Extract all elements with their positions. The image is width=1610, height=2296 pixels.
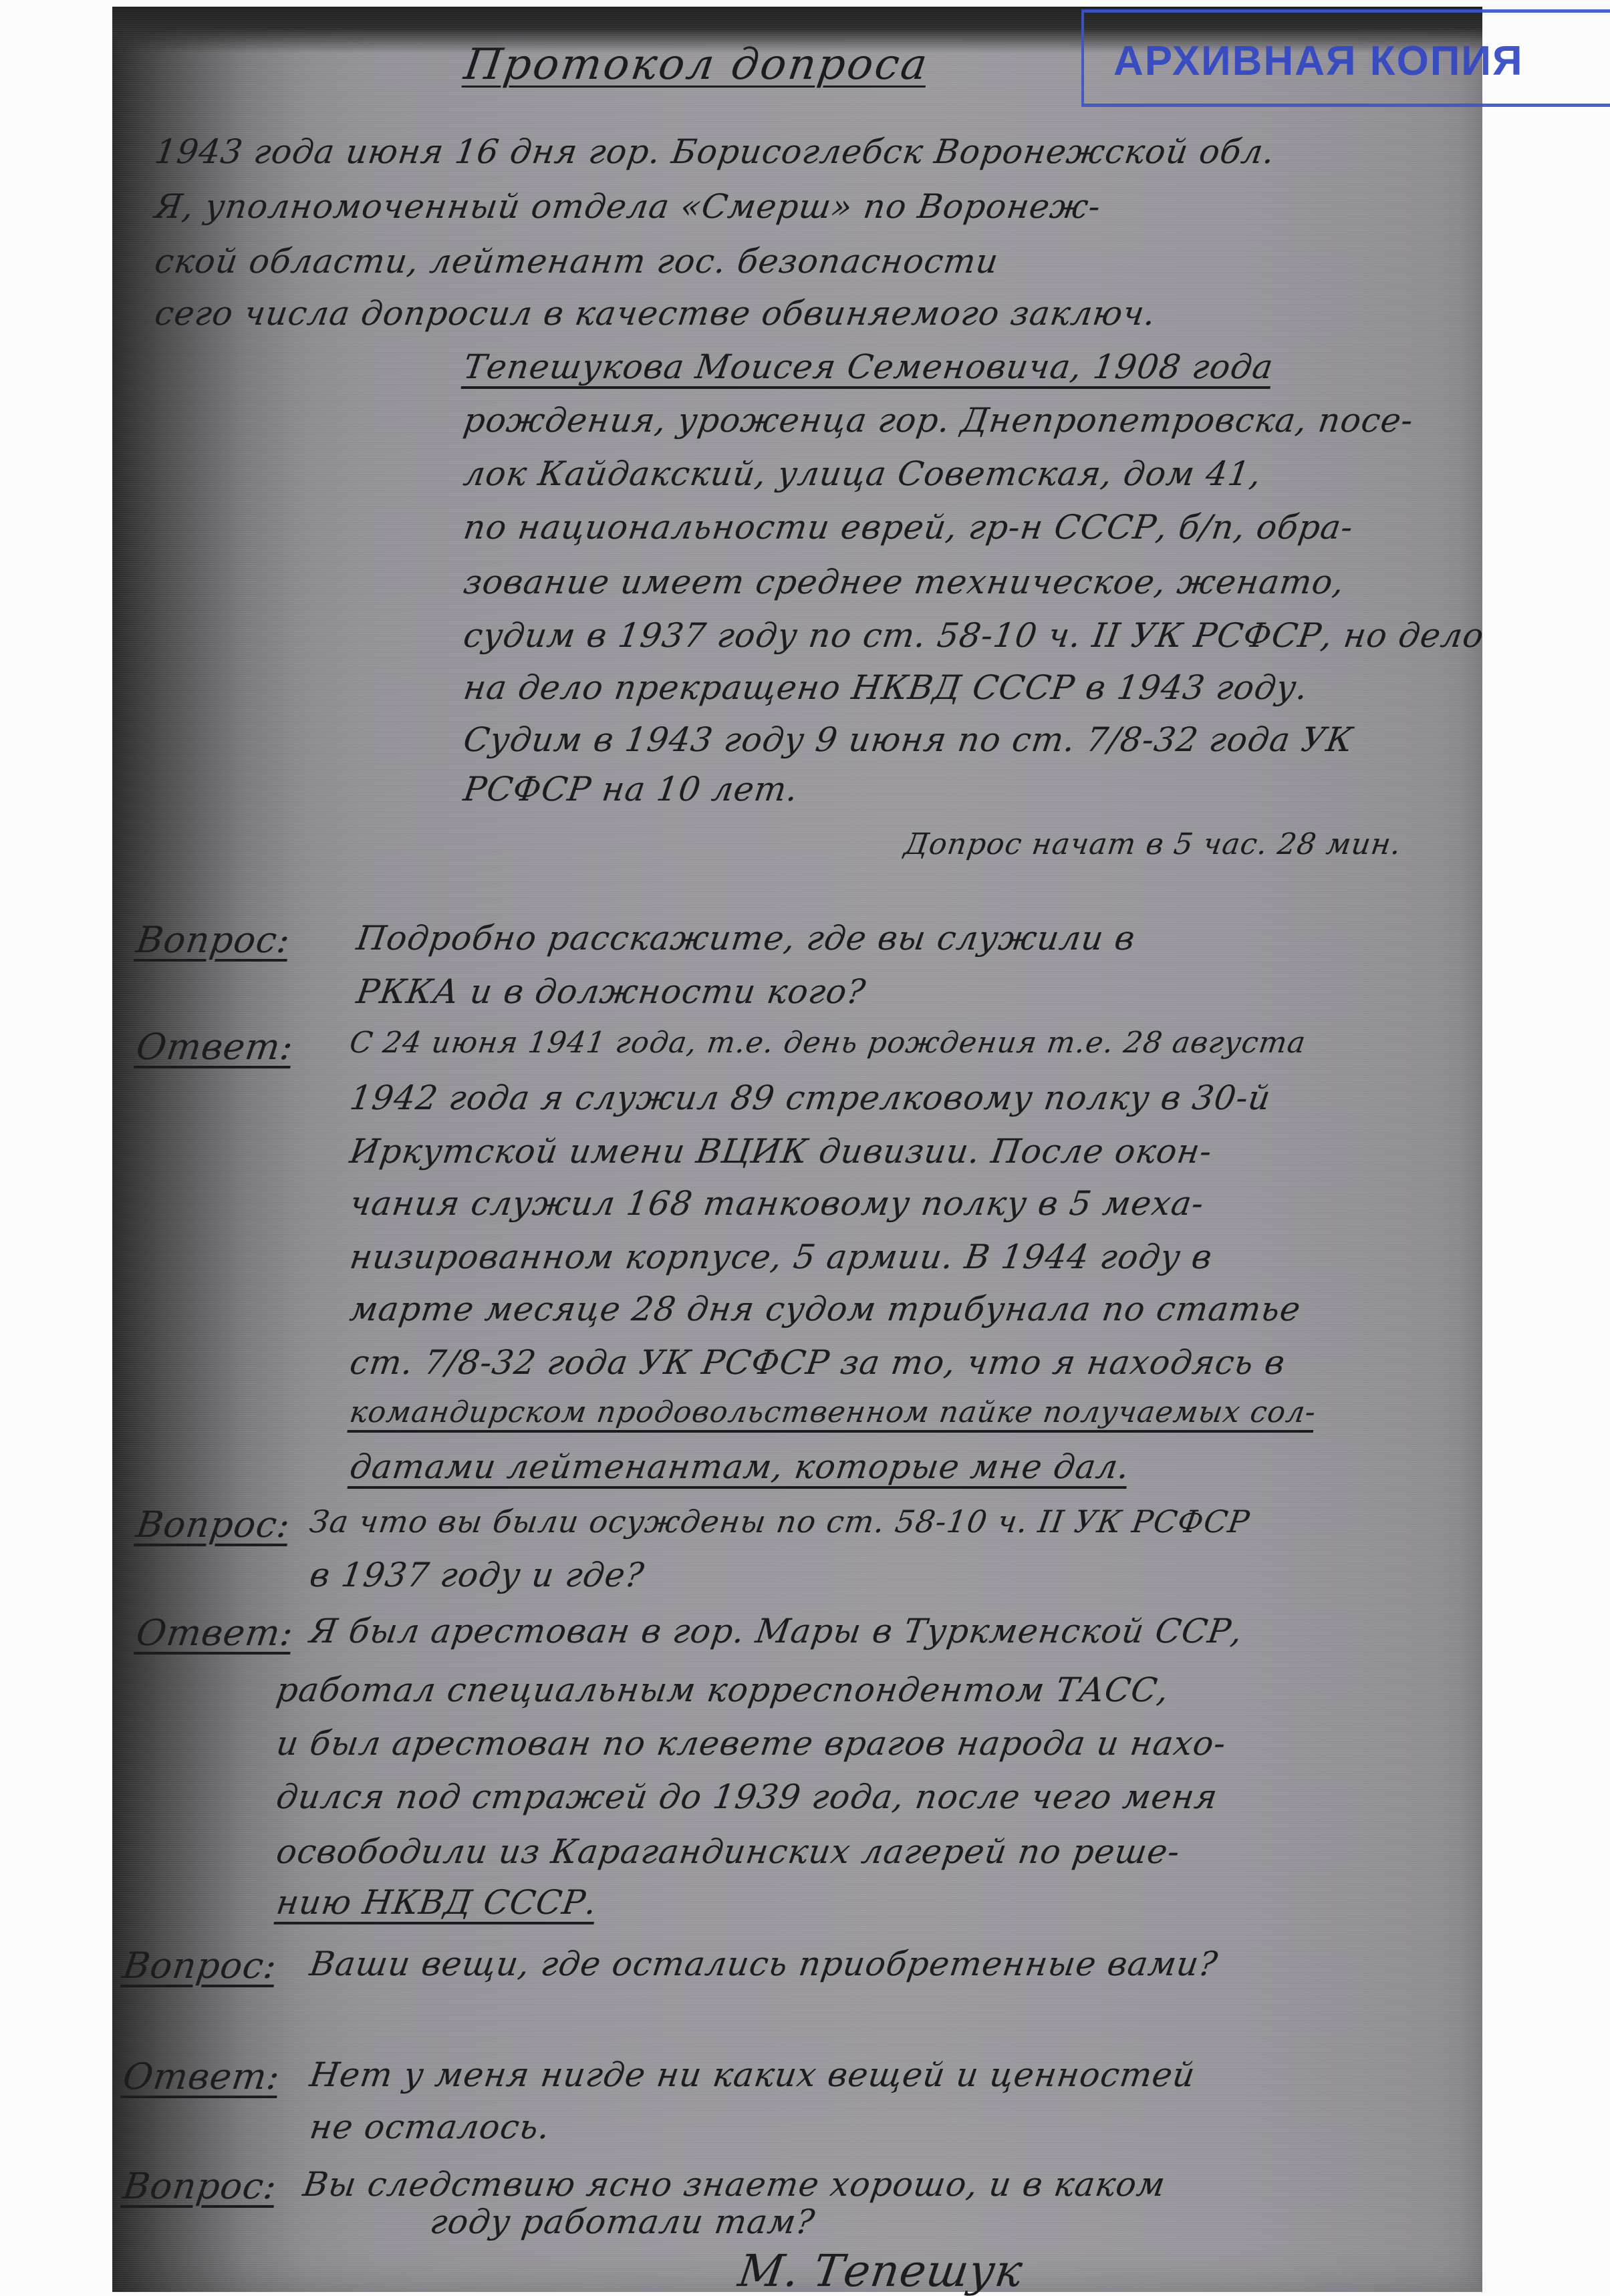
archive-copy-stamp: АРХИВНАЯ КОПИЯ — [1081, 9, 1610, 107]
question-label: Вопрос: — [120, 2165, 279, 2207]
answer-label: Ответ: — [134, 1026, 296, 1068]
question-line: Ваши вещи, где остались приобретенные ва… — [307, 1945, 1220, 1983]
answer-line: марте месяце 28 дня судом трибунала по с… — [348, 1290, 1303, 1328]
question-line: Вы следствию ясно знаете хорошо, и в как… — [301, 2165, 1168, 2204]
answer-line: Я был арестован в гор. Мары в Туркменско… — [307, 1612, 1245, 1651]
interrogation-start-time: Допрос начат в 5 час. 28 мин. — [902, 827, 1403, 861]
subject-name-line: Тепешукова Моисея Семеновича, 1908 года — [461, 347, 1276, 386]
answer-line: датами лейтенантам, которые мне дал. — [348, 1447, 1132, 1486]
answer-line: низированном корпусе, 5 армии. В 1944 го… — [348, 1238, 1215, 1276]
preamble-line: сего числа допросил в качестве обвиняемо… — [152, 294, 1158, 333]
question-label: Вопрос: — [134, 1503, 293, 1546]
subject-line: по национальности еврей, гр-н СССР, б/п,… — [461, 508, 1356, 547]
question-line: РККА и в должности кого? — [354, 972, 868, 1011]
document-title: Протокол допроса — [461, 40, 932, 90]
signature: М. Тепешук — [735, 2245, 1026, 2296]
question-label: Вопрос: — [134, 919, 293, 961]
answer-label: Ответ: — [134, 1612, 296, 1654]
answer-line: работал специальным корреспондентом ТАСС… — [274, 1671, 1172, 1709]
answer-line: чания служил 168 танковому полку в 5 мех… — [348, 1184, 1206, 1223]
subject-line: на дело прекращено НКВД СССР в 1943 году… — [461, 668, 1311, 707]
question-line: За что вы были осуждены по ст. 58-10 ч. … — [307, 1503, 1252, 1540]
subject-line: РСФСР на 10 лет. — [461, 770, 801, 809]
question-line: Подробно расскажите, где вы служили в — [354, 919, 1137, 958]
question-line: в 1937 году и где? — [307, 1556, 647, 1594]
answer-line: 1942 года я служил 89 стрелковому полку … — [348, 1079, 1273, 1117]
answer-line: С 24 июня 1941 года, т.е. день рождения … — [348, 1026, 1308, 1060]
preamble-line: 1943 года июня 16 дня гор. Борисоглебск … — [152, 132, 1277, 171]
answer-label: Ответ: — [120, 2055, 283, 2098]
answer-line: дился под стражей до 1939 года, после че… — [274, 1777, 1220, 1816]
subject-line: зование имеет среднее техническое, женат… — [461, 563, 1347, 601]
answer-line: не осталось. — [307, 2108, 553, 2146]
preamble-line: Я, уполномоченный отдела «Смерш» по Воро… — [152, 187, 1103, 226]
answer-line: Иркутской имени ВЦИК дивизии. После окон… — [348, 1132, 1214, 1171]
question-label: Вопрос: — [120, 1945, 279, 1987]
answer-line: командирском продовольственном пайке пол… — [348, 1395, 1319, 1429]
answer-line: освободили из Карагандинских лагерей по … — [274, 1832, 1182, 1871]
answer-line: Нет у меня нигде ни каких вещей и ценнос… — [307, 2055, 1198, 2094]
subject-line: лок Кайдакский, улица Советская, дом 41, — [461, 454, 1264, 493]
preamble-line: ской области, лейтенант гос. безопасност… — [152, 242, 1001, 281]
answer-line: нию НКВД СССР. — [274, 1883, 599, 1922]
answer-line: ст. 7/8-32 года УК РСФСР за то, что я на… — [348, 1343, 1288, 1382]
question-line: году работали там? — [428, 2202, 817, 2241]
subject-line: Судим в 1943 году 9 июня по ст. 7/8-32 г… — [461, 720, 1355, 759]
answer-line: и был арестован по клевете врагов народа… — [274, 1724, 1229, 1763]
subject-line: рождения, уроженца гор. Днепропетровска,… — [461, 401, 1416, 440]
subject-line: судим в 1937 году по ст. 58-10 ч. II УК … — [461, 616, 1486, 655]
